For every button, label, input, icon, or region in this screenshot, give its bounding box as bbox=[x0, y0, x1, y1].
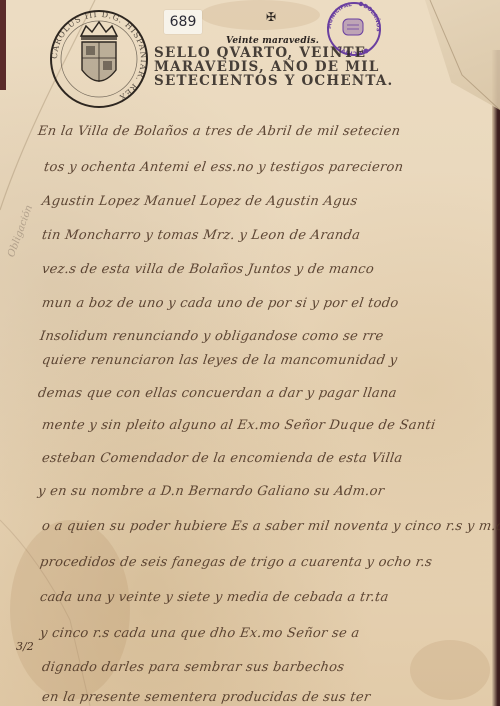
handwritten-line: y en su nombre a D.n Bernardo Galiano su… bbox=[37, 484, 385, 499]
handwritten-line: demas que con ellas concuerdan a dar y p… bbox=[37, 386, 398, 401]
handwritten-line: tin Moncharro y tomas Mrz. y Leon de Ara… bbox=[41, 228, 361, 243]
handwritten-line: esteban Comendador de la encomienda de e… bbox=[41, 451, 404, 466]
handwritten-line: cada una y veinte y siete y media de ceb… bbox=[39, 590, 390, 605]
handwritten-line: dignado darles para sembrar sus barbecho… bbox=[41, 660, 345, 675]
handwritten-line: Agustin Lopez Manuel Lopez de Agustin Ag… bbox=[41, 194, 359, 209]
handwritten-line: quiere renunciaron las leyes de la manco… bbox=[41, 353, 398, 368]
handwritten-line: vez.s de esta villa de Bolaños Juntos y … bbox=[41, 262, 375, 277]
handwritten-line: Insolidum renunciando y obligandose como… bbox=[39, 329, 385, 344]
handwritten-line: procedidos de seis fanegas de trigo a cu… bbox=[39, 555, 433, 570]
handwritten-line: o a quien su poder hubiere Es a saber mi… bbox=[41, 519, 500, 534]
handwritten-text-body: En la Villa de Bolaños a tres de Abril d… bbox=[0, 0, 500, 706]
handwritten-line: en la presente sementera producidas de s… bbox=[41, 690, 371, 705]
handwritten-line: mun a boz de uno y cada uno de por si y … bbox=[41, 296, 400, 311]
handwritten-line: En la Villa de Bolaños a tres de Abril d… bbox=[37, 124, 401, 139]
handwritten-line: mente y sin pleito alguno al Ex.mo Señor… bbox=[41, 418, 437, 433]
margin-fraction: 3/2 bbox=[16, 642, 34, 652]
document-page: CAROLUS III D.G. HISPANIAR. REX 689 ✠ MU… bbox=[0, 0, 500, 706]
handwritten-line: y cinco r.s cada una que dho Ex.mo Señor… bbox=[39, 626, 361, 641]
handwritten-line: tos y ochenta Antemi el ess.no y testigo… bbox=[43, 160, 404, 175]
